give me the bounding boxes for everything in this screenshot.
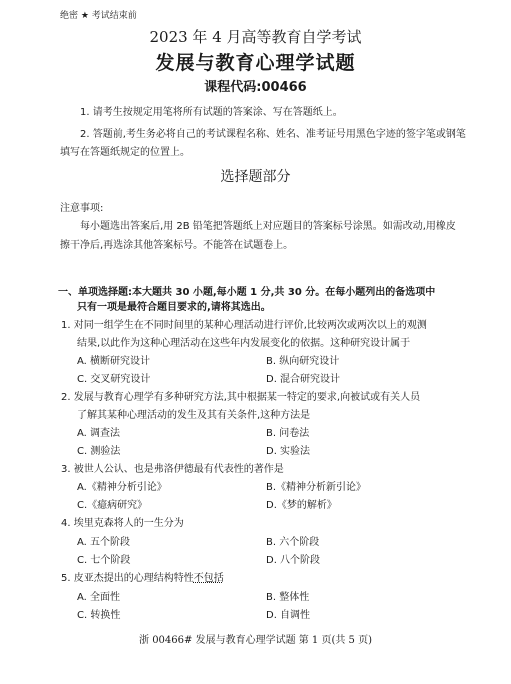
question-3-option-c: C.《癔病研究》: [77, 496, 147, 511]
notice-line-2: 擦干净后,再选涂其他答案标号。不能答在试题卷上。: [60, 236, 293, 251]
question-2-option-d: D. 实验法: [266, 442, 310, 457]
page-footer: 浙 00466# 发展与教育心理学试题 第 1 页(共 5 页): [0, 631, 511, 646]
question-2-option-a: A. 调查法: [77, 424, 120, 439]
course-code: 课程代码:00466: [0, 76, 511, 95]
instruction-1: 1. 请考生按规定用笔将所有试题的答案涂、写在答题纸上。: [80, 103, 343, 118]
question-4-option-d: D. 八个阶段: [266, 551, 320, 566]
question-5-stem-text: 5. 皮亚杰提出的心理结构特性: [61, 573, 194, 584]
question-1-stem: 1. 对同一组学生在不同时间里的某种心理活动进行评价,比较两次或两次以上的观测: [61, 316, 427, 331]
part-one-heading-cont: 只有一项是最符合题目要求的,请将其选出。: [77, 298, 271, 313]
question-4-option-c: C. 七个阶段: [77, 551, 130, 566]
question-5-stem: 5. 皮亚杰提出的心理结构特性不包括: [61, 569, 224, 584]
question-3-option-d: D.《梦的解析》: [266, 496, 337, 511]
question-5-option-a: A. 全面性: [77, 588, 120, 603]
question-5-option-d: D. 自调性: [266, 606, 310, 621]
question-1-option-a: A. 横断研究设计: [77, 352, 150, 367]
subject-title: 发展与教育心理学试题: [0, 48, 511, 75]
question-1-stem-cont: 结果,以此作为这种心理活动在这些年内发展变化的依据。这种研究设计属于: [77, 334, 410, 349]
confidential-label: 绝密 ★ 考试结束前: [60, 8, 137, 21]
question-5-option-b: B. 整体性: [266, 588, 309, 603]
question-2-stem: 2. 发展与教育心理学有多种研究方法,其中根据某一特定的要求,向被试或有关人员: [61, 388, 420, 403]
instruction-2: 2. 答题前,考生务必将自己的考试课程名称、姓名、准考证号用黑色字迹的签字笔或钢…: [80, 125, 466, 140]
question-5-emphasis: 不包括: [194, 573, 224, 584]
question-1-option-b: B. 纵向研究设计: [266, 352, 339, 367]
notice-label: 注意事项:: [60, 199, 103, 214]
question-1-option-d: D. 混合研究设计: [266, 370, 340, 385]
instruction-2-cont: 填写在答题纸规定的位置上。: [60, 143, 190, 158]
question-1-option-c: C. 交叉研究设计: [77, 370, 150, 385]
question-3-option-b: B.《精神分析新引论》: [266, 478, 366, 493]
question-4-stem: 4. 埃里克森将人的一生分为: [61, 514, 184, 529]
question-3-option-a: A.《精神分析引论》: [77, 478, 167, 493]
notice-line-1: 每小题选出答案后,用 2B 铅笔把答题纸上对应题目的答案标号涂黑。如需改动,用橡…: [80, 217, 456, 232]
question-4-option-b: B. 六个阶段: [266, 533, 319, 548]
section-title: 选择题部分: [0, 166, 511, 186]
question-2-option-c: C. 测验法: [77, 442, 120, 457]
exam-title: 2023 年 4 月高等教育自学考试: [0, 26, 511, 47]
part-one-heading: 一、单项选择题:本大题共 30 小题,每小题 1 分,共 30 分。在每小题列出…: [58, 283, 435, 298]
question-5-option-c: C. 转换性: [77, 606, 120, 621]
question-2-stem-cont: 了解其某种心理活动的发生及其有关条件,这种方法是: [77, 406, 310, 421]
question-2-option-b: B. 问卷法: [266, 424, 309, 439]
question-4-option-a: A. 五个阶段: [77, 533, 130, 548]
question-3-stem: 3. 被世人公认、也是弗洛伊德最有代表性的著作是: [61, 460, 284, 475]
